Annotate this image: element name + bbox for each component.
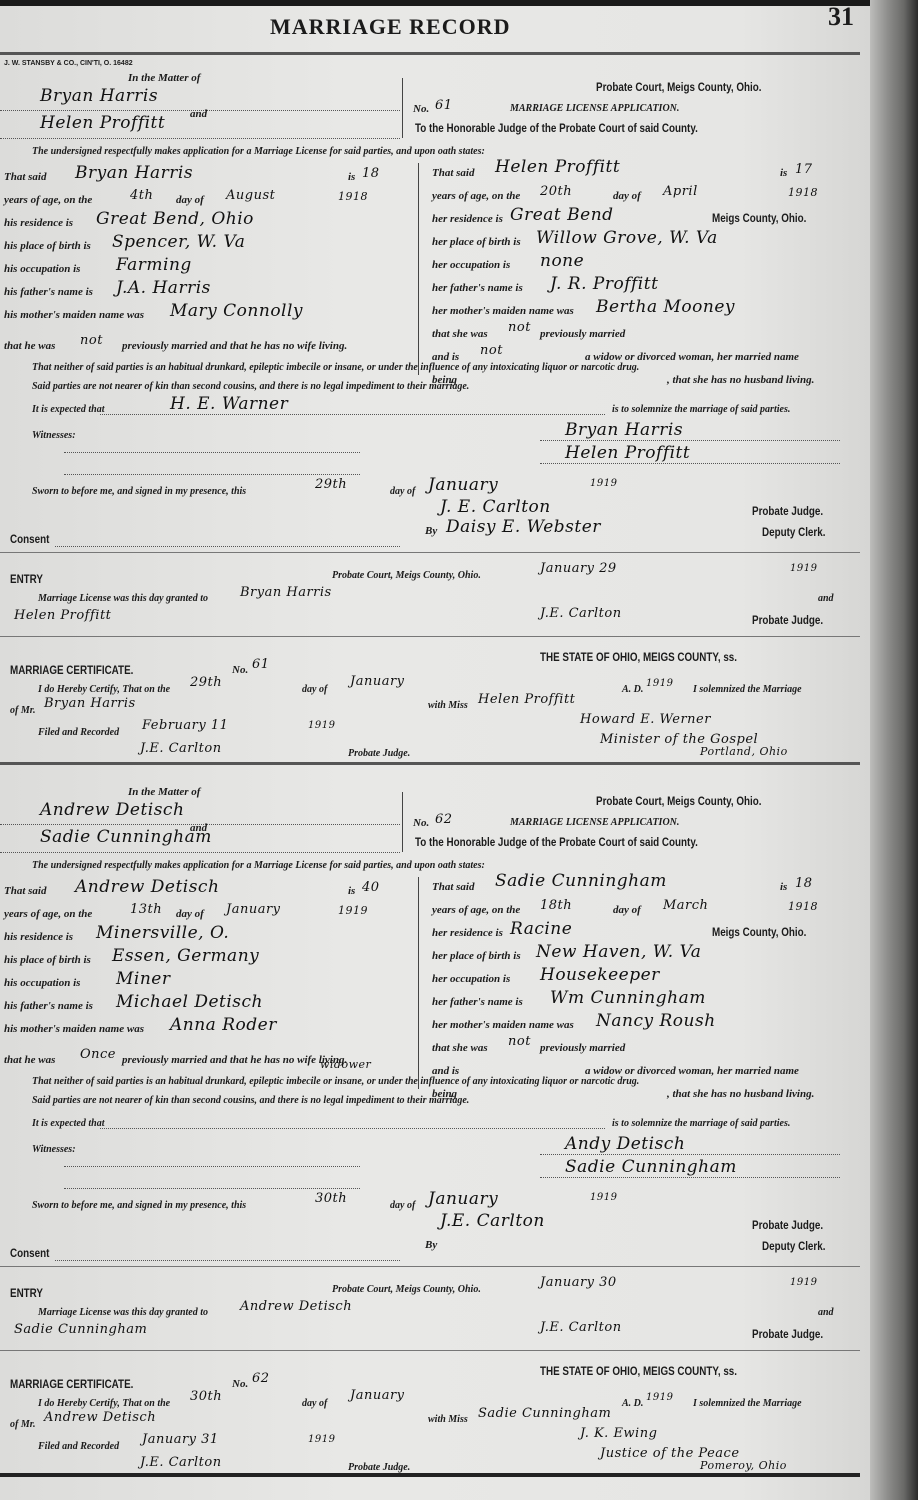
form-label: , that she has no husband living.	[667, 1088, 814, 1100]
printer-imprint: J. W. STANSBY & CO., CIN'TI, O. 16482	[4, 60, 133, 67]
cert-day: 29th	[190, 675, 222, 690]
column-divider	[402, 792, 403, 852]
sworn-month: January	[428, 475, 498, 495]
groom-birth-year: 1919	[338, 904, 368, 917]
page-number: 31	[828, 2, 854, 32]
cert-bride: Helen Proffitt	[478, 692, 575, 707]
form-label: is	[780, 167, 787, 179]
form-label: her residence is	[432, 213, 503, 225]
entry-year: 1919	[790, 1277, 817, 1288]
undersigned-text: The undersigned respectfully makes appli…	[32, 146, 485, 157]
form-label: that she was	[432, 1042, 488, 1054]
form-label: Said parties are not nearer of kin than …	[32, 1095, 469, 1106]
form-label: day of	[176, 908, 204, 920]
filed-judge: J.E. Carlton	[140, 1455, 222, 1470]
form-label: years of age, on the	[432, 904, 520, 916]
judge-signature: J.E. Carlton	[440, 1211, 545, 1231]
form-label: day of	[390, 1200, 415, 1211]
form-label: Said parties are not nearer of kin than …	[32, 381, 469, 392]
groom-birthplace: Essen, Germany	[112, 946, 259, 966]
form-label: his residence is	[4, 931, 73, 943]
form-label: Probate Judge.	[752, 504, 823, 518]
form-label: I do Hereby Certify, That on the	[38, 684, 170, 695]
form-label: Meigs County, Ohio.	[712, 925, 806, 939]
and-label: and	[190, 108, 207, 120]
form-label: That said	[432, 167, 474, 179]
groom-name: Bryan Harris	[75, 163, 193, 183]
groom-signature: Bryan Harris	[565, 420, 683, 440]
form-label: Deputy Clerk.	[762, 525, 825, 539]
form-label: Meigs County, Ohio.	[712, 211, 806, 225]
bride-age: 17	[795, 162, 813, 177]
form-label: day of	[613, 904, 641, 916]
form-label: her residence is	[432, 927, 503, 939]
cert-year: 1919	[646, 678, 673, 689]
column-divider	[418, 877, 419, 1089]
consent-label: Consent	[10, 532, 49, 546]
certificate-number: 62	[252, 1371, 270, 1386]
fill-line	[100, 414, 605, 415]
entry-label: ENTRY	[10, 1286, 43, 1300]
form-label: and	[818, 1307, 834, 1318]
form-label: Sworn to before me, and signed in my pre…	[32, 486, 246, 497]
form-label: of Mr.	[10, 1419, 36, 1430]
bride-signature: Sadie Cunningham	[565, 1157, 737, 1177]
groom-birth-day: 13th	[130, 902, 162, 917]
form-label: his occupation is	[4, 263, 80, 275]
fill-line	[100, 1128, 605, 1129]
form-label: that he was	[4, 340, 55, 352]
expected-officiant: H. E. Warner	[170, 394, 288, 414]
form-label: is	[348, 171, 355, 183]
fill-line	[64, 1166, 360, 1167]
page-header: MARRIAGE RECORD 31	[0, 0, 870, 50]
bride-name-caption: Helen Proffitt	[40, 113, 165, 133]
form-label: her place of birth is	[432, 950, 521, 962]
officiant-place: Portland, Ohio	[700, 745, 788, 758]
bride-mother: Nancy Roush	[596, 1011, 716, 1031]
form-label: that he was	[4, 1054, 55, 1066]
application-label: MARRIAGE LICENSE APPLICATION.	[510, 103, 679, 114]
groom-birth-day: 4th	[130, 188, 153, 203]
bride-birth-month: March	[663, 898, 708, 913]
bride-name-caption: Sadie Cunningham	[40, 827, 212, 847]
bride-age: 18	[795, 876, 813, 891]
column-divider	[402, 78, 403, 138]
bride-occupation: none	[540, 251, 584, 271]
form-label: No.	[232, 664, 248, 676]
groom-birth-month: August	[226, 188, 275, 203]
form-label: is to solemnize the marriage of said par…	[612, 404, 790, 415]
form-label: Filed and Recorded	[38, 727, 119, 738]
form-label: his place of birth is	[4, 240, 91, 252]
form-label: day of	[302, 1398, 327, 1409]
form-label: his mother's maiden name was	[4, 309, 144, 321]
form-label: previously married and that he has no wi…	[122, 1054, 347, 1066]
entry-year: 1919	[790, 563, 817, 574]
form-label: I solemnized the Marriage	[693, 1398, 802, 1409]
form-label: Witnesses:	[32, 430, 76, 441]
bride-previously: not	[508, 1034, 531, 1049]
fill-line	[540, 1177, 840, 1178]
sworn-day: 29th	[315, 477, 347, 492]
form-label: her occupation is	[432, 259, 510, 271]
form-label: and	[818, 593, 834, 604]
header-rule	[0, 52, 860, 55]
form-label: previously married	[540, 1042, 625, 1054]
cert-month: January	[350, 674, 405, 689]
number-label: No.	[413, 103, 429, 115]
form-label: her place of birth is	[432, 236, 521, 248]
form-label: I do Hereby Certify, That on the	[38, 1398, 170, 1409]
officiant-place: Pomeroy, Ohio	[700, 1459, 787, 1472]
form-label: with Miss	[428, 1414, 468, 1425]
form-label: A. D.	[622, 684, 643, 695]
sworn-year: 1919	[590, 1192, 617, 1203]
form-label: day of	[613, 190, 641, 202]
entry-groom: Bryan Harris	[240, 585, 332, 600]
fill-line	[64, 452, 360, 453]
fill-line	[64, 1188, 360, 1189]
bride-father: Wm Cunningham	[550, 988, 706, 1008]
groom-birthplace: Spencer, W. Va	[112, 232, 245, 252]
entry-date: January 30	[540, 1275, 617, 1290]
to-judge-label: To the Honorable Judge of the Probate Co…	[415, 835, 698, 849]
entry-judge: J.E. Carlton	[540, 606, 622, 621]
form-label: It is expected that	[32, 1118, 105, 1129]
form-label: is	[348, 885, 355, 897]
groom-note: widower	[320, 1058, 371, 1071]
bride-father: J. R. Proffitt	[550, 274, 658, 294]
form-label: Probate Judge.	[752, 1327, 823, 1341]
fill-line	[0, 552, 860, 553]
form-label: No.	[232, 1378, 248, 1390]
form-label: day of	[176, 194, 204, 206]
groom-name: Andrew Detisch	[75, 877, 219, 897]
form-label: his occupation is	[4, 977, 80, 989]
form-label: Probate Judge.	[348, 1462, 410, 1473]
fill-line	[55, 1260, 400, 1261]
fill-line	[0, 636, 860, 637]
sworn-day: 30th	[315, 1191, 347, 1206]
form-label: Witnesses:	[32, 1144, 76, 1155]
form-label: That said	[4, 171, 46, 183]
fill-line	[540, 463, 840, 464]
form-label: Probate Judge.	[348, 748, 410, 759]
bride-occupation: Housekeeper	[540, 965, 660, 985]
form-label: is to solemnize the marriage of said par…	[612, 1118, 790, 1129]
form-label: By	[425, 1239, 437, 1251]
form-label: years of age, on the	[432, 190, 520, 202]
license-number: 62	[435, 812, 453, 827]
form-label: Probate Judge.	[752, 613, 823, 627]
groom-mother: Anna Roder	[170, 1015, 277, 1035]
bride-birth-year: 1918	[788, 900, 818, 913]
groom-mother: Mary Connolly	[170, 301, 303, 321]
bride-name: Helen Proffitt	[495, 157, 620, 177]
officiant-signature: Howard E. Werner	[580, 712, 711, 727]
bride-previously: not	[508, 320, 531, 335]
form-label: that she was	[432, 328, 488, 340]
form-label: his father's name is	[4, 286, 93, 298]
sworn-year: 1919	[590, 478, 617, 489]
bride-birth-year: 1918	[788, 186, 818, 199]
in-matter-label: In the Matter of	[128, 786, 200, 798]
filed-date: February 11	[142, 718, 228, 733]
groom-signature: Andy Detisch	[565, 1134, 685, 1154]
court-label: Probate Court, Meigs County, Ohio.	[596, 794, 761, 808]
undersigned-text: The undersigned respectfully makes appli…	[32, 860, 485, 871]
form-label: By	[425, 525, 437, 537]
form-label: THE STATE OF OHIO, MEIGS COUNTY, ss.	[540, 650, 737, 664]
groom-residence: Minersville, O.	[96, 923, 229, 943]
form-label: , that she has no husband living.	[667, 374, 814, 386]
form-label: Probate Judge.	[752, 1218, 823, 1232]
groom-birth-month: January	[226, 902, 281, 917]
bride-widow: not	[480, 343, 503, 358]
bride-residence: Great Bend	[510, 205, 614, 225]
form-label: her father's name is	[432, 996, 523, 1008]
cert-year: 1919	[646, 1392, 673, 1403]
form-label: That said	[4, 885, 46, 897]
column-divider	[418, 163, 419, 375]
bride-birth-day: 18th	[540, 898, 572, 913]
fill-line	[0, 1350, 860, 1351]
form-label: That said	[432, 881, 474, 893]
groom-occupation: Farming	[116, 255, 192, 275]
form-label: I solemnized the Marriage	[693, 684, 802, 695]
form-label: THE STATE OF OHIO, MEIGS COUNTY, ss.	[540, 1364, 737, 1378]
fill-line	[0, 852, 400, 853]
groom-occupation: Miner	[116, 969, 170, 989]
book-edge	[870, 0, 918, 1500]
groom-age: 18	[362, 166, 380, 181]
groom-previously: not	[80, 333, 103, 348]
bride-name: Sadie Cunningham	[495, 871, 667, 891]
cert-groom: Bryan Harris	[44, 696, 136, 711]
filed-year: 1919	[308, 720, 335, 731]
fill-line	[0, 138, 400, 139]
entry-groom: Andrew Detisch	[240, 1299, 352, 1314]
license-number: 61	[435, 98, 453, 113]
deputy-signature: Daisy E. Webster	[446, 517, 601, 537]
form-label: day of	[302, 684, 327, 695]
form-label: Marriage License was this day granted to	[38, 1307, 208, 1318]
form-label: his place of birth is	[4, 954, 91, 966]
entry-judge: J.E. Carlton	[540, 1320, 622, 1335]
certificate-number: 61	[252, 657, 270, 672]
fill-line	[0, 1266, 860, 1267]
form-label: That neither of said parties is an habit…	[32, 1076, 639, 1087]
bride-signature: Helen Proffitt	[565, 443, 690, 463]
fill-line	[540, 1154, 840, 1155]
form-label: It is expected that	[32, 404, 105, 415]
form-label: her father's name is	[432, 282, 523, 294]
form-label: Filed and Recorded	[38, 1441, 119, 1452]
form-label: his residence is	[4, 217, 73, 229]
officiant-signature: J. K. Ewing	[580, 1426, 657, 1441]
bride-birth-month: April	[663, 184, 698, 199]
form-label: years of age, on the	[4, 194, 92, 206]
form-label: previously married and that he has no wi…	[122, 340, 347, 352]
court-label: Probate Court, Meigs County, Ohio.	[596, 80, 761, 94]
groom-name-caption: Bryan Harris	[40, 86, 158, 106]
groom-father: J.A. Harris	[116, 278, 211, 298]
groom-name-caption: Andrew Detisch	[40, 800, 184, 820]
application-label: MARRIAGE LICENSE APPLICATION.	[510, 817, 679, 828]
bride-birthplace: New Haven, W. Va	[536, 942, 701, 962]
bride-birthplace: Willow Grove, W. Va	[536, 228, 718, 248]
certificate-label: MARRIAGE CERTIFICATE.	[10, 663, 133, 677]
form-label: his mother's maiden name was	[4, 1023, 144, 1035]
fill-line	[540, 440, 840, 441]
entry-date: January 29	[540, 561, 617, 576]
record-divider	[0, 762, 860, 765]
form-label: Probate Court, Meigs County, Ohio.	[332, 1284, 481, 1295]
entry-bride: Helen Proffitt	[14, 608, 111, 623]
bride-residence: Racine	[510, 919, 572, 939]
filed-year: 1919	[308, 1434, 335, 1445]
in-matter-label: In the Matter of	[128, 72, 200, 84]
judge-signature: J. E. Carlton	[440, 497, 551, 517]
entry-label: ENTRY	[10, 572, 43, 586]
groom-father: Michael Detisch	[116, 992, 263, 1012]
groom-residence: Great Bend, Ohio	[96, 209, 254, 229]
form-label: That neither of said parties is an habit…	[32, 362, 639, 373]
bride-mother: Bertha Mooney	[596, 297, 735, 317]
form-label: Deputy Clerk.	[762, 1239, 825, 1253]
groom-birth-year: 1918	[338, 190, 368, 203]
groom-previously: Once	[80, 1047, 116, 1062]
cert-groom: Andrew Detisch	[44, 1410, 156, 1425]
form-label: Marriage License was this day granted to	[38, 593, 208, 604]
to-judge-label: To the Honorable Judge of the Probate Co…	[415, 121, 698, 135]
number-label: No.	[413, 817, 429, 829]
form-label: previously married	[540, 328, 625, 340]
filed-judge: J.E. Carlton	[140, 741, 222, 756]
form-label: Sworn to before me, and signed in my pre…	[32, 1200, 246, 1211]
bottom-rule	[0, 1473, 860, 1477]
entry-bride: Sadie Cunningham	[14, 1322, 147, 1337]
cert-month: January	[350, 1388, 405, 1403]
page-title: MARRIAGE RECORD	[270, 14, 511, 40]
form-label: her mother's maiden name was	[432, 305, 574, 317]
form-label: Probate Court, Meigs County, Ohio.	[332, 570, 481, 581]
form-label: with Miss	[428, 700, 468, 711]
groom-age: 40	[362, 880, 380, 895]
form-label: is	[780, 881, 787, 893]
fill-line	[64, 474, 360, 475]
form-label: his father's name is	[4, 1000, 93, 1012]
fill-line	[55, 546, 400, 547]
consent-label: Consent	[10, 1246, 49, 1260]
form-label: of Mr.	[10, 705, 36, 716]
form-label: years of age, on the	[4, 908, 92, 920]
filed-date: January 31	[142, 1432, 219, 1447]
form-label: day of	[390, 486, 415, 497]
form-label: A. D.	[622, 1398, 643, 1409]
cert-bride: Sadie Cunningham	[478, 1406, 611, 1421]
bride-birth-day: 20th	[540, 184, 572, 199]
form-label: her occupation is	[432, 973, 510, 985]
sworn-month: January	[428, 1189, 498, 1209]
certificate-label: MARRIAGE CERTIFICATE.	[10, 1377, 133, 1391]
cert-day: 30th	[190, 1389, 222, 1404]
form-label: her mother's maiden name was	[432, 1019, 574, 1031]
